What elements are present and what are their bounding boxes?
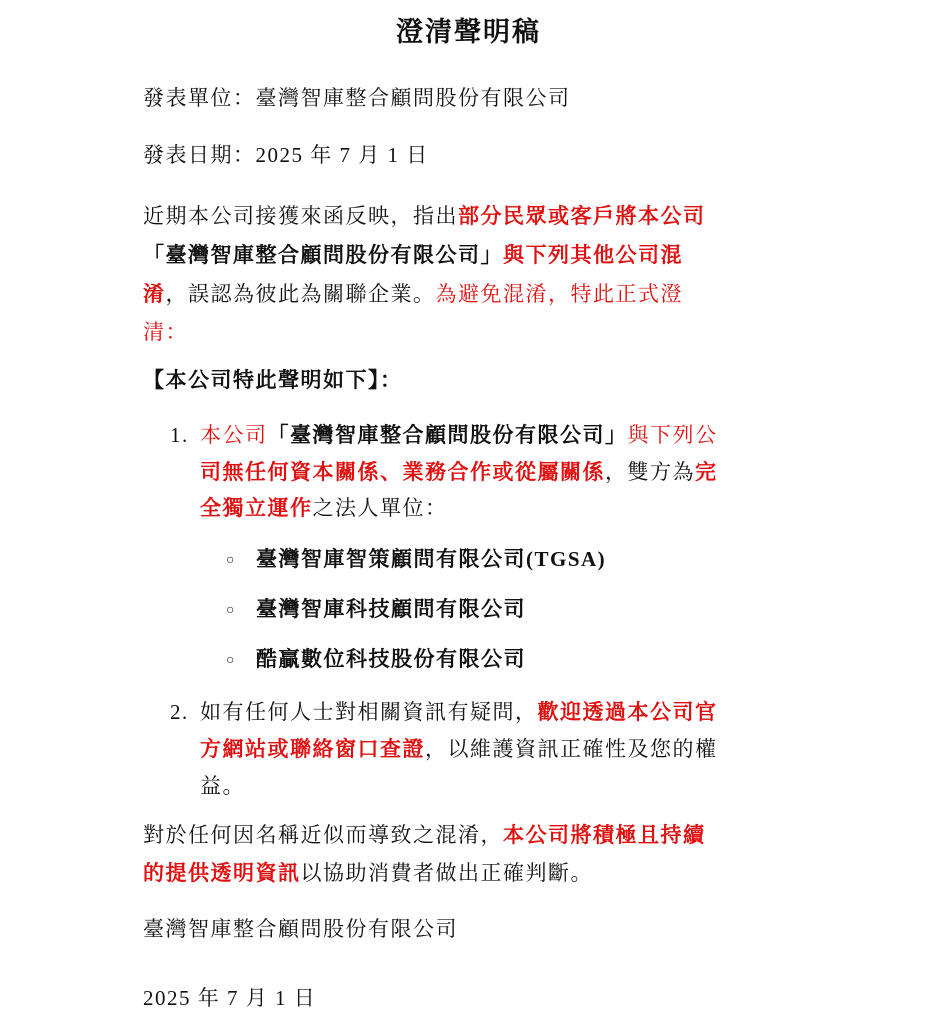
- signature-company: 臺灣智庫整合顧問股份有限公司: [143, 911, 458, 947]
- item-highlight: 歡迎透過本公司官: [538, 700, 718, 724]
- issuer-name: 臺灣智庫整合顧問股份有限公司: [256, 86, 571, 110]
- issuer-line: 發表單位：臺灣智庫整合顧問股份有限公司: [143, 80, 571, 116]
- item-text: 之法人單位：: [313, 496, 448, 520]
- intro-highlight: 淆: [143, 282, 166, 306]
- issuer-label: 發表單位：: [143, 86, 256, 110]
- declaration-heading: 【本公司特此聲明如下】：: [143, 362, 403, 398]
- company-name-quoted: 「臺灣智庫整合顧問股份有限公司」: [268, 423, 628, 447]
- company-list-item: 臺灣智庫科技顧問有限公司: [256, 591, 526, 627]
- intro-text: 近期本公司接獲來函反映，指出: [143, 204, 458, 228]
- intro-text: ，誤認為彼此為關聯企業。: [166, 282, 436, 306]
- item-number: 2.: [170, 694, 200, 730]
- item-text: ，雙方為: [605, 460, 695, 484]
- press-release-document: 澄清聲明稿 發表單位：臺灣智庫整合顧問股份有限公司 發表日期：2025 年 7 …: [0, 0, 937, 1024]
- closing-text: 對於任何因名稱近似而導致之混淆，: [143, 823, 503, 847]
- company-list-item: 臺灣智庫智策顧問有限公司(TGSA): [256, 541, 606, 577]
- item-highlight: 本公司: [200, 423, 268, 447]
- closing-text: 以協助消費者做出正確判斷。: [301, 861, 594, 885]
- date-label: 發表日期：: [143, 143, 256, 167]
- company-list-item: 酷贏數位科技股份有限公司: [256, 641, 526, 677]
- circle-bullet-icon: ○: [226, 553, 234, 569]
- item-highlight: 與下列公: [628, 423, 718, 447]
- document-title: 澄清聲明稿: [0, 10, 937, 49]
- item-highlight: 司無任何資本關係、業務合作或從屬關係: [200, 460, 605, 484]
- item-text: ，以維護資訊正確性及您的權: [425, 737, 718, 761]
- company-name-quoted: 「臺灣智庫整合顧問股份有限公司」: [143, 243, 503, 267]
- intro-highlight: 部分民眾或客戶將本公司: [458, 204, 706, 228]
- item-text: 益。: [200, 774, 245, 798]
- item-number: 1.: [170, 417, 200, 453]
- closing-highlight: 的提供透明資訊: [143, 861, 301, 885]
- item-text: 如有任何人士對相關資訊有疑問，: [200, 700, 538, 724]
- intro-highlight: 為避免混淆，特此正式澄: [436, 282, 684, 306]
- intro-highlight: 清：: [143, 320, 188, 344]
- item-highlight: 方網站或聯絡窗口查證: [200, 737, 425, 761]
- item-highlight: 全獨立運作: [200, 496, 313, 520]
- signature-date: 2025 年 7 月 1 日: [143, 980, 316, 1016]
- circle-bullet-icon: ○: [226, 603, 234, 619]
- intro-highlight: 與下列其他公司混: [503, 243, 683, 267]
- item-highlight: 完: [695, 460, 718, 484]
- closing-highlight: 本公司將積極且持續: [503, 823, 706, 847]
- circle-bullet-icon: ○: [226, 653, 234, 669]
- date-line: 發表日期：2025 年 7 月 1 日: [143, 137, 429, 173]
- issue-date: 2025 年 7 月 1 日: [256, 143, 429, 167]
